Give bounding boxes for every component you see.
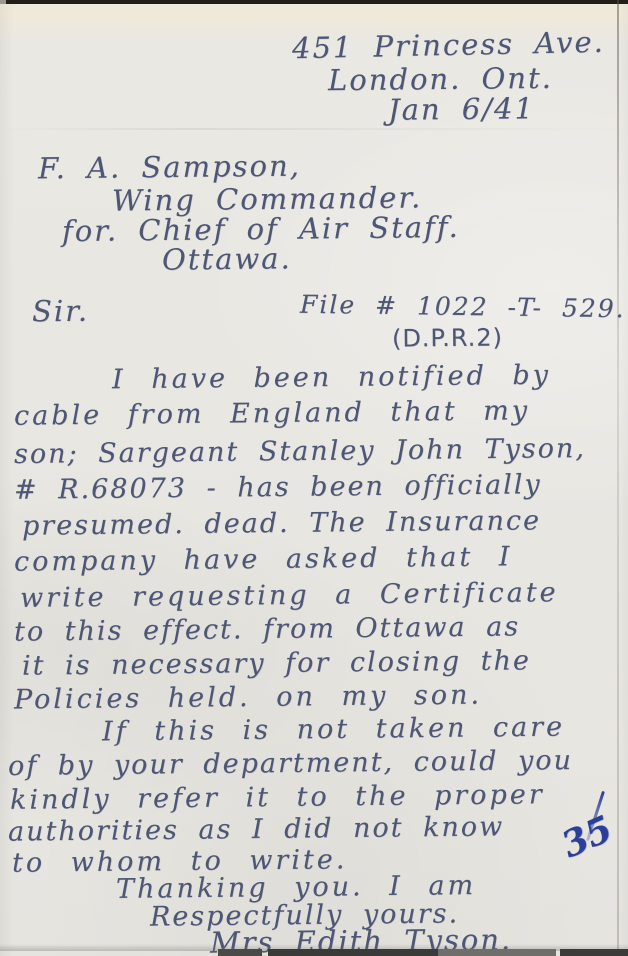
- body-line: of by your department, could you: [8, 745, 573, 782]
- body-line: to this effect. from Ottawa as: [14, 611, 520, 647]
- body-line: presumed. dead. The Insurance: [22, 505, 541, 541]
- scan-bottom-edge: [268, 949, 438, 956]
- salutation: Sir.: [32, 294, 89, 329]
- scan-bottom-edge: [560, 949, 628, 956]
- body-line: kindly refer it to the proper: [10, 779, 545, 816]
- letter-date: Jan 6/41: [388, 91, 535, 127]
- body-line: authorities as I did not know: [8, 811, 504, 847]
- body-line: it is necessary for closing the: [22, 645, 531, 681]
- page-number-annotation: 35: [556, 808, 619, 867]
- body-line: cable from England that my: [14, 395, 530, 431]
- sender-address-line: 451 Princess Ave.: [292, 25, 605, 66]
- recipient-line: Ottawa.: [162, 241, 292, 276]
- scan-top-edge: [0, 0, 628, 4]
- paper-fold-line: [617, 0, 619, 956]
- file-reference: File # 1022 -T- 529.: [300, 290, 626, 324]
- scan-bottom-edge: [438, 949, 556, 956]
- body-line: write requesting a Certificate: [20, 577, 559, 614]
- body-line: son; Sargeant Stanley John Tyson,: [14, 433, 586, 470]
- body-line: If this is not taken care: [102, 712, 565, 748]
- recipient-line: F. A. Sampson,: [38, 149, 301, 186]
- paper-crease: [0, 128, 628, 130]
- scan-bottom-edge: [218, 949, 262, 956]
- file-department: (D.P.R.2): [392, 323, 503, 352]
- body-line: company have asked that I: [14, 541, 513, 577]
- body-line: # R.68073 - has been officially: [14, 469, 542, 506]
- body-line: I have been notified by: [112, 360, 551, 396]
- scanned-letter-page: 451 Princess Ave. London. Ont. Jan 6/41 …: [0, 0, 628, 956]
- body-line: Policies held. on my son.: [14, 680, 482, 716]
